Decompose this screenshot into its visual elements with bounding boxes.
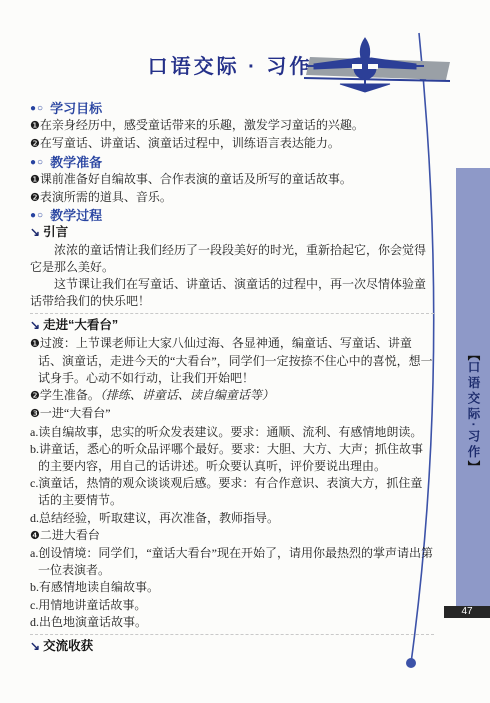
item-number-icon: ❷	[30, 390, 40, 402]
stage-subitem: b.讲童话，悉心的听众品评哪个最好。要求：大胆、大方、大声；抓住故事的主要内容，…	[30, 441, 434, 475]
item-number-icon: ❹	[30, 530, 40, 542]
stage-subitem: b.有感情地读自编故事。	[30, 579, 434, 596]
section-heading-label: 教学准备	[50, 154, 102, 171]
stage-subitem: c.用情地讲童话故事。	[30, 597, 434, 614]
item-number-icon: ❶	[30, 174, 40, 186]
item-number-icon: ❸	[30, 408, 40, 420]
book-page: 口语交际 · 习作 ●○ 学习目标 ❶在亲身经历中，感受童话带来的乐趣，激发学习…	[0, 0, 490, 703]
item-text: 用情地讲童话故事。	[38, 598, 146, 612]
item-text: 演童话，热情的观众谈谈观后感。要求：有合作意识、表演大方，抓住童话的主要情节。	[38, 476, 422, 507]
section-heading-label: 学习目标	[50, 100, 102, 117]
item-text: 讲童话，悉心的听众品评哪个最好。要求：大胆、大方、大声；抓住故事的主要内容，用自…	[38, 442, 423, 473]
item-text: 在亲身经历中，感受童话带来的乐趣，激发学习童话的兴趣。	[40, 118, 364, 132]
stage-subitem: d.总结经验，听取建议，再次准备，教师指导。	[30, 510, 434, 527]
bracket-open: 【	[466, 348, 480, 361]
header-illustration	[300, 36, 460, 108]
dashed-divider	[30, 634, 434, 635]
page-number: 47	[444, 606, 490, 618]
stage-item: ❶过渡：上节课老师让大家八仙过海、各显神通，编童话、写童话、讲童话、演童话，走进…	[30, 335, 434, 388]
item-text: 在写童话、讲童话、演童话过程中，训练语言表达能力。	[40, 136, 340, 150]
stage-item: ❸一进“大看台”	[30, 405, 434, 423]
stage-subitem: a.读自编故事，忠实的听众发表建议。要求：通顺、流利、有感情地朗读。	[30, 424, 434, 441]
item-text: 创设情境：同学们，“童话大看台”现在开始了，请用你最热烈的掌声请出第一位表演者。	[38, 546, 433, 577]
item-text: 表演所需的道具、音乐。	[40, 190, 172, 204]
subsection-stage: ↘ 走进“大看台”	[30, 317, 434, 334]
intro-paragraph: 浓浓的童话情让我们经历了一段段美好的时光，重新拾起它，你会觉得它是那么美好。	[30, 242, 434, 276]
airplane-icon	[306, 38, 424, 92]
stage-item: ❷学生准备。（排练、讲童话、读自编童话等）	[30, 387, 434, 405]
subsection-exchange: ↘ 交流收获	[30, 638, 434, 655]
item-text: 一进“大看台”	[40, 406, 111, 420]
item-letter: d.	[30, 615, 39, 629]
subsection-intro: ↘ 引言	[30, 224, 434, 241]
stage-item: ❹二进大看台	[30, 527, 434, 545]
item-number-icon: ❶	[30, 120, 40, 132]
subsection-label: 交流收获	[43, 638, 93, 655]
item-letter: d.	[30, 511, 39, 525]
arrow-icon: ↘	[30, 224, 40, 241]
section-heading-label: 教学过程	[50, 207, 102, 224]
section-bullet-icon: ●○	[30, 100, 44, 117]
stage-subitem: d.出色地演童话故事。	[30, 614, 434, 631]
subsection-label: 引言	[43, 224, 68, 241]
lesson-content: ●○ 学习目标 ❶在亲身经历中，感受童话带来的乐趣，激发学习童话的兴趣。 ❷在写…	[30, 100, 434, 655]
item-text: 有感情地读自编故事。	[39, 580, 159, 594]
dashed-divider	[30, 313, 434, 314]
subsection-label: 走进“大看台”	[43, 317, 118, 334]
item-text: 出色地演童话故事。	[39, 615, 147, 629]
section-heading-objectives: ●○ 学习目标	[30, 100, 434, 117]
item-text: 过渡：上节课老师让大家八仙过海、各显神通，编童话、写童话、讲童话、演童话，走进今…	[38, 336, 433, 385]
intro-paragraph: 这节课让我们在写童话、讲童话、演童话的过程中，再一次尽情体验童话带给我们的快乐吧…	[30, 276, 434, 310]
item-note: （排练、讲童话、读自编童话等）	[100, 388, 274, 402]
item-text: 学生准备。	[40, 388, 100, 402]
arrow-icon: ↘	[30, 317, 40, 334]
objective-item: ❷在写童话、讲童话、演童话过程中，训练语言表达能力。	[30, 135, 434, 153]
bracket-close: 】	[466, 461, 480, 474]
stage-subitem: c.演童话，热情的观众谈谈观后感。要求：有合作意识、表演大方，抓住童话的主要情节…	[30, 475, 434, 509]
objective-item: ❶在亲身经历中，感受童话带来的乐趣，激发学习童话的兴趣。	[30, 117, 434, 135]
item-number-icon: ❷	[30, 192, 40, 204]
item-text: 课前准备好自编故事、合作表演的童话及所写的童话故事。	[40, 172, 352, 186]
item-text: 总结经验，听取建议，再次准备，教师指导。	[39, 511, 279, 525]
section-bullet-icon: ●○	[30, 207, 44, 224]
item-text: 读自编故事，忠实的听众发表建议。要求：通顺、流利、有感情地朗读。	[38, 425, 422, 439]
section-heading-process: ●○ 教学过程	[30, 207, 434, 224]
item-letter: b.	[30, 442, 39, 456]
item-text: 二进大看台	[40, 528, 100, 542]
preparation-item: ❷表演所需的道具、音乐。	[30, 189, 434, 207]
side-tab: 【口语交际·习作】	[459, 348, 487, 598]
side-tab-label: 口语交际·习作	[466, 361, 480, 461]
preparation-item: ❶课前准备好自编故事、合作表演的童话及所写的童话故事。	[30, 171, 434, 189]
item-number-icon: ❶	[30, 338, 40, 350]
item-letter: b.	[30, 580, 39, 594]
stage-subitem: a.创设情境：同学们，“童话大看台”现在开始了，请用你最热烈的掌声请出第一位表演…	[30, 545, 434, 579]
arrow-icon: ↘	[30, 638, 40, 655]
section-bullet-icon: ●○	[30, 154, 44, 171]
item-number-icon: ❷	[30, 138, 40, 150]
section-heading-preparation: ●○ 教学准备	[30, 154, 434, 171]
